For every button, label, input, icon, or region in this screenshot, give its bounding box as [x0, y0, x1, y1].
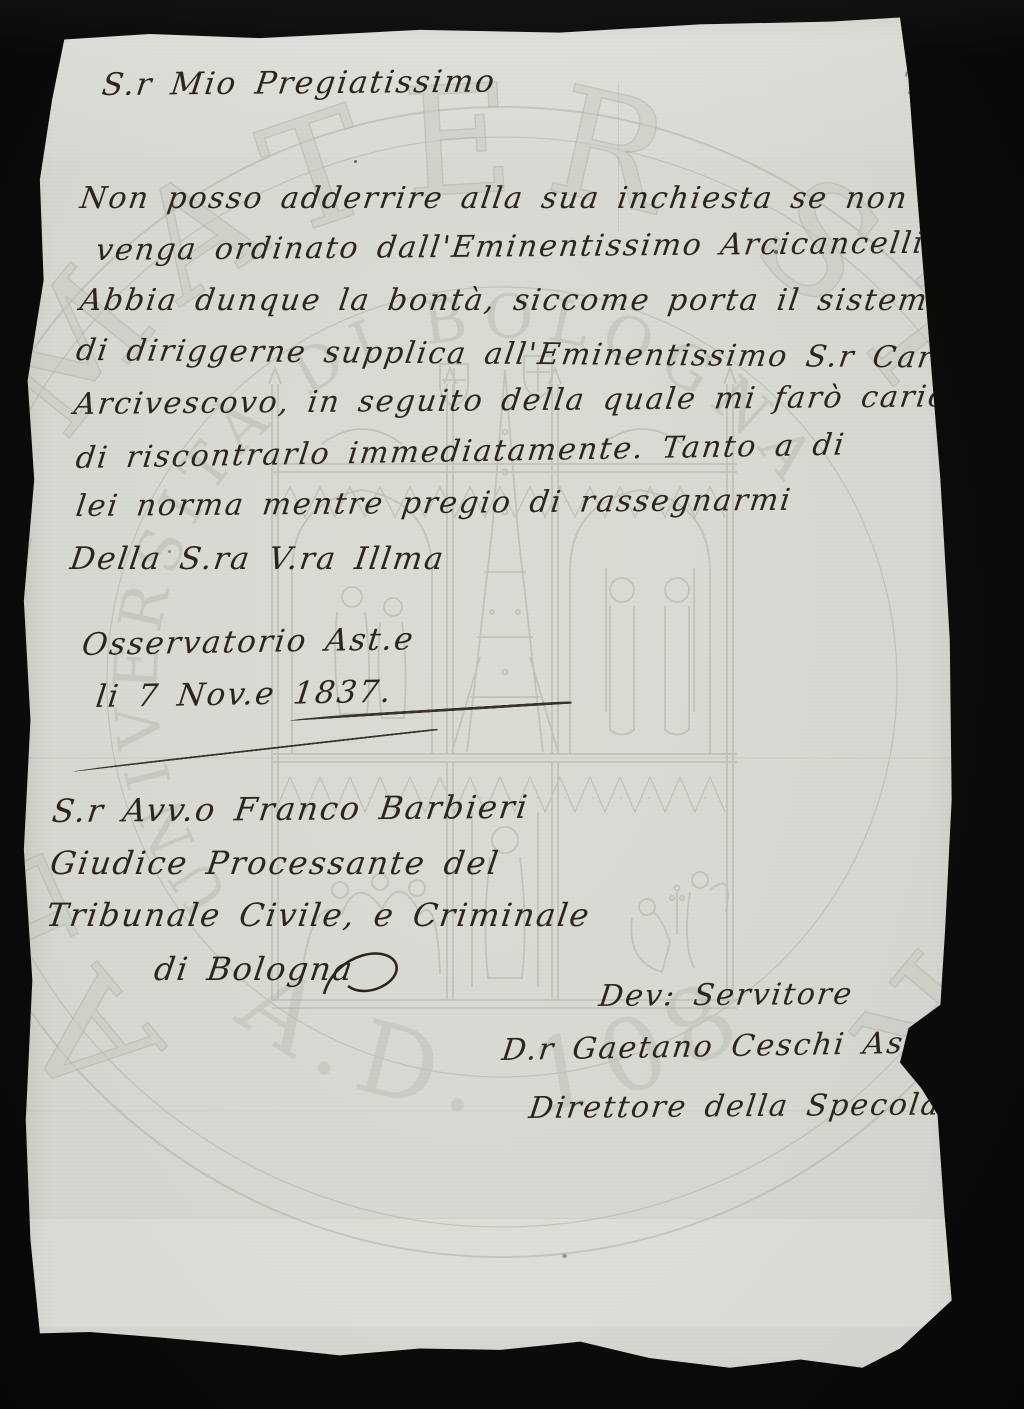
courtesy-formula: Della S.ra V.ra Illma — [68, 542, 447, 576]
ink-speck — [562, 1254, 567, 1258]
body-line: Arcivescovo, in seguito della quale mi f… — [72, 380, 969, 421]
body-line: Non posso adderrire alla sua inchiesta s… — [78, 182, 970, 215]
body-line: di diriggerne supplica all'Eminentissimo… — [74, 334, 1024, 375]
salutation: S.r Mio Pregiatissimo — [100, 65, 498, 103]
date-line: li 7 Nov.e 1837. — [94, 675, 395, 714]
body-line: lei norma mentre pregio di rassegnarmi — [74, 484, 794, 523]
recipient-line: Giudice Processante del — [48, 846, 502, 881]
body-line: Abbia dunque la bontà, siccome porta il … — [78, 284, 962, 317]
valediction: Dev: Servitore — [597, 978, 855, 1013]
signer-role: Direttore della Specola. — [527, 1088, 954, 1125]
body-line: venga ordinato dall'Eminentissimo Arcica… — [94, 226, 994, 267]
place-line: Osservatorio Ast.e — [80, 622, 417, 662]
scanned-letter-screenshot: { "page": { "number": "7", "description"… — [0, 0, 1024, 1409]
recipient-line: S.r Avv.o Franco Barbieri — [50, 790, 531, 829]
signature-paraph-flourish — [318, 942, 418, 1006]
ink-speck — [168, 550, 171, 553]
ink-speck — [774, 250, 778, 254]
ink-speck — [354, 160, 357, 163]
letter-page: ALMA MATER STUDIORUM UNIVERSITÀ DI BOLOG… — [22, 12, 962, 1387]
folio-number: 7 — [901, 66, 923, 103]
recipient-line: Tribunale Civile, e Criminale — [44, 898, 593, 933]
